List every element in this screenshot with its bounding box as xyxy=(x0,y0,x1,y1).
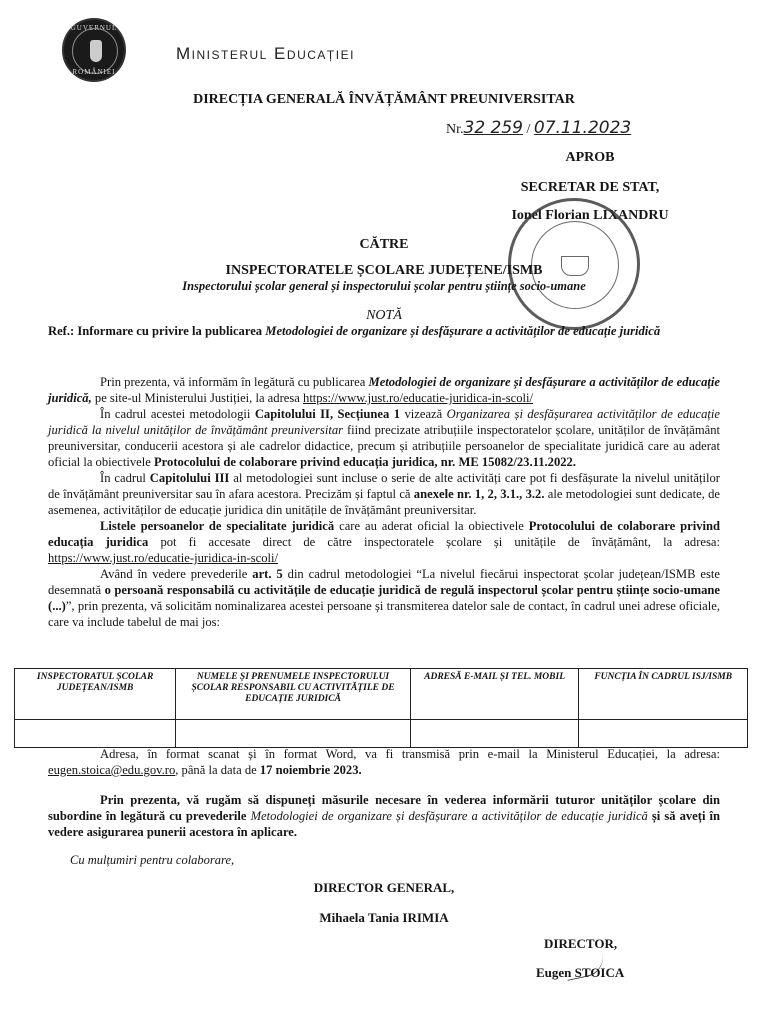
header-inspector-name: NUMELE ȘI PRENUMELE INSPECTORULUI ȘCOLAR… xyxy=(176,669,411,720)
paragraph-1: Prin prezenta, vă informăm în legătură c… xyxy=(48,374,720,406)
reference-label: Ref.: xyxy=(48,324,74,338)
p2-chapter: Capitolului II, Secțiunea 1 xyxy=(255,407,400,421)
contact-table: INSPECTORATUL ȘCOLAR JUDEȚEAN/ISMB NUMEL… xyxy=(14,668,748,748)
header-email-phone: ADRESĂ E-MAIL ȘI TEL. MOBIL xyxy=(410,669,579,720)
approval-label: APROB xyxy=(480,150,700,166)
registration-separator: / xyxy=(526,122,530,137)
justice-ministry-link-2[interactable]: https://www.just.ro/educatie-juridica-in… xyxy=(48,551,278,565)
p1-text-2: pe site-ul Ministerului Justiției, la ad… xyxy=(95,391,300,405)
p4-text-2: pot fi accesate direct de către inspecto… xyxy=(160,535,720,549)
p4-lists: Listele persoanelor de specialitate juri… xyxy=(100,519,334,533)
table-header-row: INSPECTORATUL ȘCOLAR JUDEȚEAN/ISMB NUMEL… xyxy=(15,669,748,720)
p6-deadline: 17 noiembrie 2023. xyxy=(260,763,362,777)
table-cell[interactable] xyxy=(410,720,579,748)
registration-number-value: 32 259 xyxy=(464,118,523,138)
paragraph-5: Având în vedere prevederile art. 5 din c… xyxy=(48,566,720,630)
reference-line: Ref.: Informare cu privire la publicarea… xyxy=(48,323,720,339)
paragraph-7: Prin prezenta, vă rugăm să dispuneți măs… xyxy=(48,792,720,840)
government-seal-icon: GUVERNUL ROMÂNIEI xyxy=(62,18,126,82)
note-title: NOTĂ xyxy=(0,308,768,324)
body-paragraphs: Prin prezenta, vă informăm în legătură c… xyxy=(48,374,720,630)
p3-chapter: Capitolului III xyxy=(150,471,230,485)
director-general-name: Mihaela Tania IRIMIA xyxy=(0,910,768,926)
header-function: FUNCȚIA ÎN CADRUL ISJ/ISMB xyxy=(579,669,748,720)
addressee-attention: Inspectorului școlar general și inspecto… xyxy=(0,279,768,294)
p1-text: Prin prezenta, vă informăm în legătură c… xyxy=(100,375,365,389)
p2-text: În cadrul acestei metodologii xyxy=(100,407,250,421)
p5-request: ”, prin prezenta, vă solicităm nominaliz… xyxy=(48,599,720,629)
p4-text: care au aderat oficial la obiectivele xyxy=(339,519,524,533)
eagle-icon xyxy=(90,40,102,62)
p2-text-2: vizează xyxy=(404,407,442,421)
reference-methodology: Metodologiei de organizare și desfășurar… xyxy=(265,324,660,338)
addressee-to: CĂTRE xyxy=(0,237,768,253)
p6-text: Adresa, în format scanat și în format Wo… xyxy=(100,747,720,761)
seal-text-bottom: ROMÂNIEI xyxy=(64,68,124,76)
approval-role: SECRETAR DE STAT, xyxy=(480,180,700,196)
reference-text: Informare cu privire la publicarea xyxy=(77,324,262,338)
ministry-name: Ministerul Educației xyxy=(176,44,355,64)
registration-number: Nr.32 259 / 07.11.2023 xyxy=(446,118,631,138)
director-general-role: DIRECTOR GENERAL, xyxy=(0,880,768,896)
paragraph-4: Listele persoanelor de specialitate juri… xyxy=(48,518,720,566)
director-role: DIRECTOR, xyxy=(544,936,617,952)
table-cell[interactable] xyxy=(176,720,411,748)
addressee-recipient: INSPECTORATELE ȘCOLARE JUDEȚENE/ISMB xyxy=(0,263,768,279)
paragraph-6: Adresa, în format scanat și în format Wo… xyxy=(48,746,720,778)
p5-text: Având în vedere prevederile xyxy=(100,567,247,581)
post-table-paragraphs: Adresa, în format scanat și în format Wo… xyxy=(48,746,720,840)
registration-date: 07.11.2023 xyxy=(534,118,631,138)
p7-methodology: Metodologiei de organizare și desfășurar… xyxy=(251,809,648,823)
p2-protocol: Protocolului de colaborare privind educa… xyxy=(154,455,576,469)
p3-text: În cadrul xyxy=(100,471,146,485)
email-link[interactable]: eugen.stoica@edu.gov.ro xyxy=(48,763,175,777)
directorate-title: DIRECȚIA GENERALĂ ÎNVĂȚĂMÂNT PREUNIVERSI… xyxy=(0,92,768,108)
p3-annexes: anexele nr. 1, 2, 3.1., 3.2. xyxy=(414,487,545,501)
justice-ministry-link[interactable]: https://www.just.ro/educatie-juridica-in… xyxy=(303,391,533,405)
table-row xyxy=(15,720,748,748)
paragraph-3: În cadrul Capitolului III al metodologie… xyxy=(48,470,720,518)
header-inspectorate: INSPECTORATUL ȘCOLAR JUDEȚEAN/ISMB xyxy=(15,669,176,720)
paragraph-2: În cadrul acestei metodologii Capitolulu… xyxy=(48,406,720,470)
p5-article: art. 5 xyxy=(252,567,282,581)
registration-prefix: Nr. xyxy=(446,122,464,137)
table-cell[interactable] xyxy=(15,720,176,748)
table-cell[interactable] xyxy=(579,720,748,748)
p6-text-2: , până la data de xyxy=(175,763,256,777)
closing-thanks: Cu mulțumiri pentru colaborare, xyxy=(70,853,234,868)
